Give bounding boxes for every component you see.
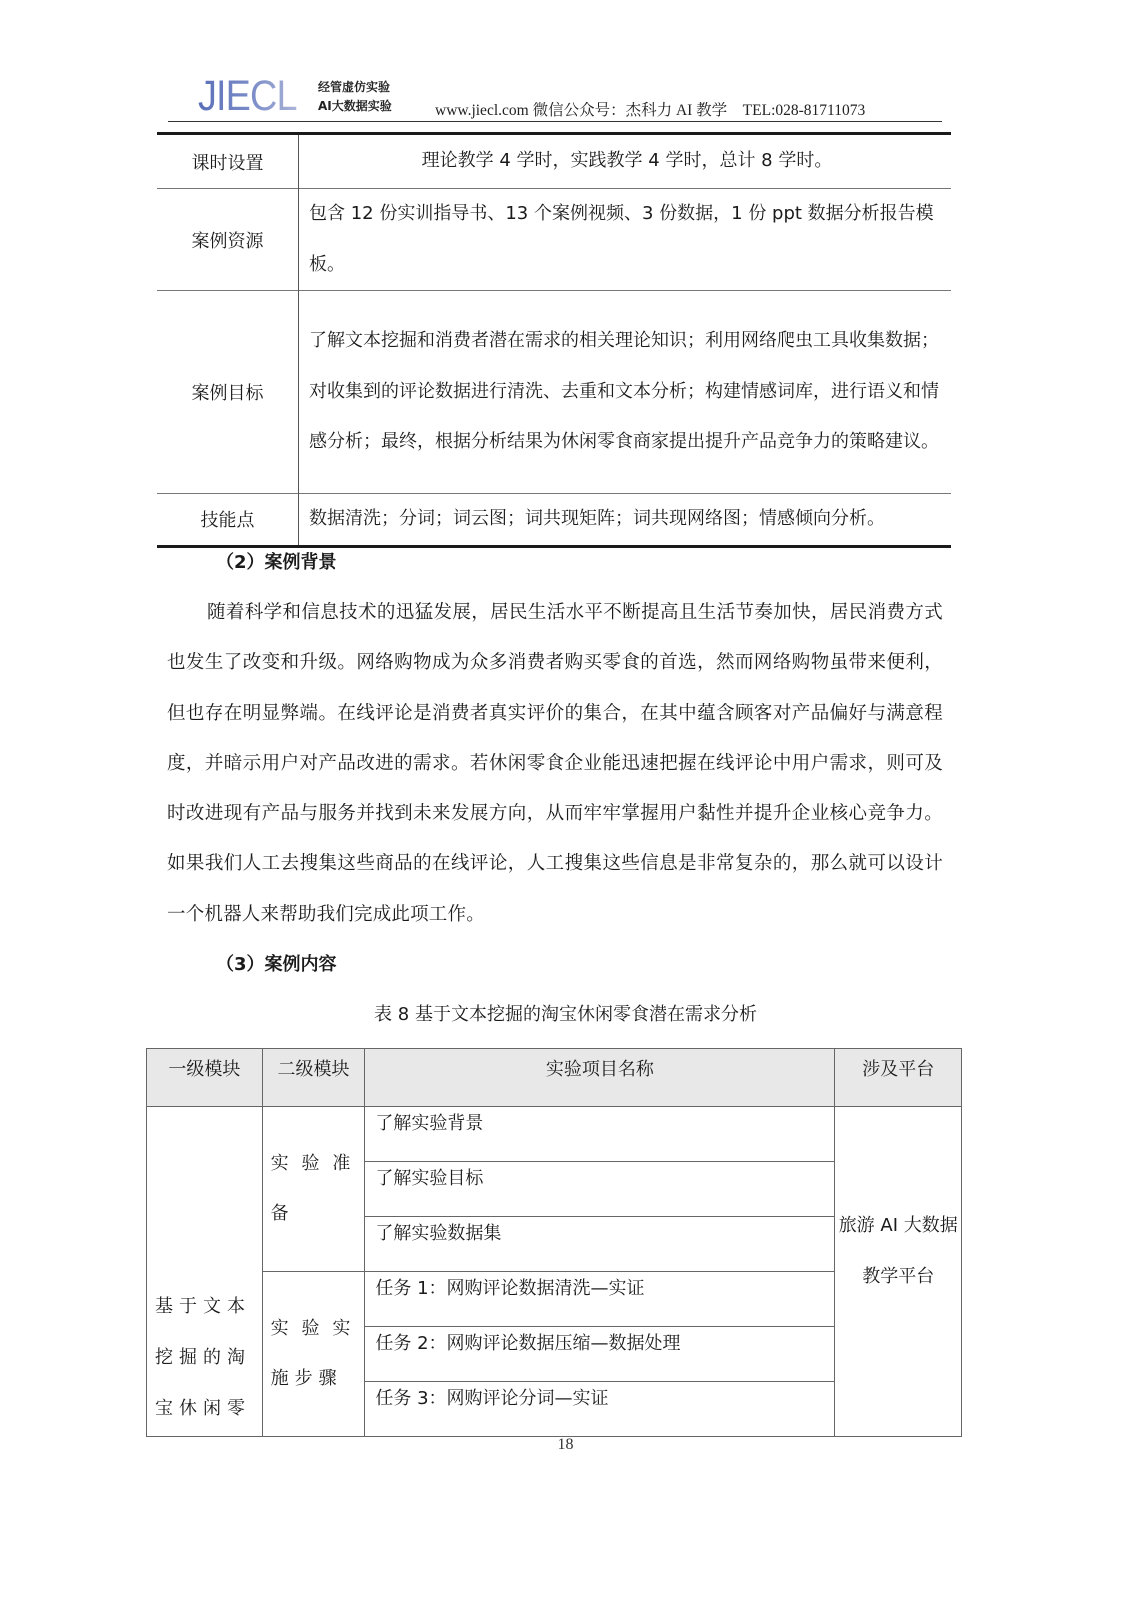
table-row: 案例目标 了解文本挖掘和消费者潜在需求的相关理论知识；利用网络爬虫工具收集数据；…	[157, 291, 951, 494]
page-header: JIECL 经管虚仿实验 AI大数据实验 www.jiecl.com 微信公众号…	[168, 70, 942, 122]
row-value: 了解文本挖掘和消费者潜在需求的相关理论知识；利用网络爬虫工具收集数据；对收集到的…	[299, 291, 952, 494]
level2-module-cell: 实验准备	[262, 1107, 365, 1272]
experiment-item: 了解实验背景	[365, 1107, 835, 1162]
table-caption: 表 8 基于文本挖掘的淘宝休闲零食潜在需求分析	[0, 1002, 1131, 1028]
jiecl-logo: JIECL	[198, 74, 297, 118]
table-row: 案例资源 包含 12 份实训指导书、13 个案例视频、3 份数据，1 份 ppt…	[157, 189, 951, 291]
platform-cell: 旅游 AI 大数据教学平台	[835, 1107, 962, 1437]
experiment-item: 了解实验数据集	[365, 1217, 835, 1272]
table-row: 基于文本挖掘的淘宝休闲零 实验准备 了解实验背景 旅游 AI 大数据教学平台	[147, 1107, 962, 1162]
row-label: 案例资源	[157, 189, 299, 291]
module-table: 一级模块 二级模块 实验项目名称 涉及平台 基于文本挖掘的淘宝休闲零 实验准备 …	[146, 1048, 962, 1437]
section-heading-content: （3）案例内容	[216, 953, 337, 977]
table-row: 技能点 数据清洗；分词；词云图；词共现矩阵；词共现网络图；情感倾向分析。	[157, 494, 951, 547]
logo-subtitle-line2: AI大数据实验	[318, 97, 392, 116]
header-divider	[168, 121, 942, 122]
row-label: 案例目标	[157, 291, 299, 494]
column-header: 涉及平台	[835, 1049, 962, 1107]
experiment-item: 任务 1：网购评论数据清洗—实证	[365, 1272, 835, 1327]
experiment-item: 任务 3：网购评论分词—实证	[365, 1382, 835, 1437]
row-value: 数据清洗；分词；词云图；词共现矩阵；词共现网络图；情感倾向分析。	[299, 494, 952, 547]
header-contact-info: www.jiecl.com 微信公众号：杰科力 AI 教学 TEL:028-81…	[435, 98, 865, 120]
row-label: 技能点	[157, 494, 299, 547]
level2-module-cell: 实验实施步骤	[262, 1272, 365, 1437]
experiment-item: 任务 2：网购评论数据压缩—数据处理	[365, 1327, 835, 1382]
level1-module-cell: 基于文本挖掘的淘宝休闲零	[147, 1107, 263, 1437]
column-header: 二级模块	[262, 1049, 365, 1107]
column-header: 一级模块	[147, 1049, 263, 1107]
table-row: 课时设置 理论教学 4 学时，实践教学 4 学时，总计 8 学时。	[157, 134, 951, 189]
column-header: 实验项目名称	[365, 1049, 835, 1107]
page-number: 18	[0, 1436, 1131, 1454]
section-heading-background: （2）案例背景	[216, 551, 337, 575]
row-label: 课时设置	[157, 134, 299, 189]
logo-subtitle-line1: 经管虚仿实验	[318, 78, 392, 97]
row-value: 理论教学 4 学时，实践教学 4 学时，总计 8 学时。	[299, 134, 952, 189]
course-info-table: 课时设置 理论教学 4 学时，实践教学 4 学时，总计 8 学时。 案例资源 包…	[157, 132, 951, 548]
table-header-row: 一级模块 二级模块 实验项目名称 涉及平台	[147, 1049, 962, 1107]
logo-subtitle: 经管虚仿实验 AI大数据实验	[318, 78, 392, 116]
row-value: 包含 12 份实训指导书、13 个案例视频、3 份数据，1 份 ppt 数据分析…	[299, 189, 952, 291]
experiment-item: 了解实验目标	[365, 1162, 835, 1217]
background-paragraph: 随着科学和信息技术的迅猛发展，居民生活水平不断提高且生活节奏加快，居民消费方式也…	[167, 588, 943, 940]
